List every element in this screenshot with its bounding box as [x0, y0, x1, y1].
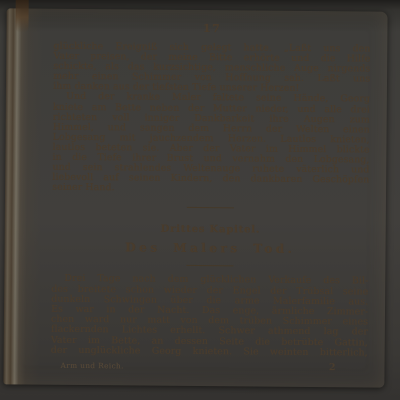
page-footer: Arm und Reich. 2 — [50, 360, 367, 374]
book-page: 17 glückliche Ereigniß sich gelegt hatte… — [3, 8, 387, 387]
page-content: 17 glückliche Ereigniß sich gelegt hatte… — [50, 21, 370, 374]
running-title: Arm und Reich. — [60, 361, 123, 371]
text-line: der unglückliche Georg knieten. Sie wein… — [51, 345, 368, 358]
binding-gutter — [3, 8, 42, 384]
paragraph-2: Drei Tage nach dem glücklichen Verkaufe … — [51, 274, 369, 358]
sheet-signature: 2 — [329, 362, 336, 373]
chapter-heading: Drittes Kapitel. — [52, 223, 369, 238]
scan-backdrop: 17 glückliche Ereigniß sich gelegt hatte… — [0, 0, 400, 400]
page-number: 17 — [53, 21, 370, 38]
section-divider — [187, 207, 234, 208]
binding-edge-top — [15, 0, 28, 33]
chapter-title: Des Malers Tod. — [52, 240, 369, 257]
title-divider — [186, 265, 233, 266]
paragraph-1: glückliche Ereigniß sich gelegt hatte. „… — [52, 42, 370, 196]
